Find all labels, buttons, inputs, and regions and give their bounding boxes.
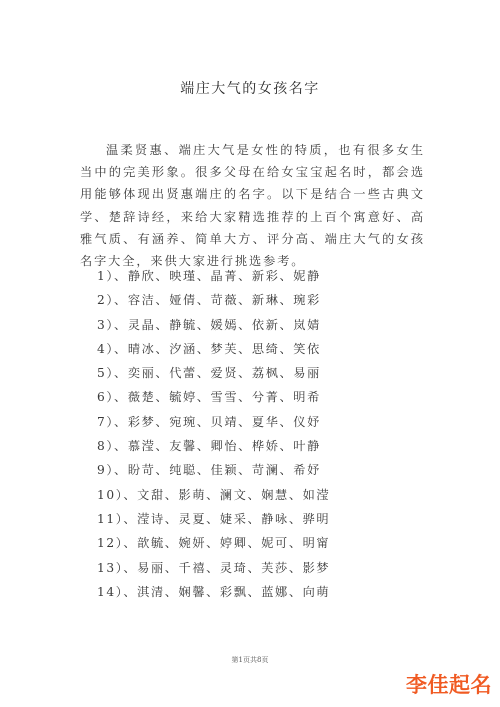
list-item: 3）、灵晶、静毓、媛嫣、依新、岚婧 xyxy=(97,313,330,337)
list-item: 14）、淇清、娴馨、彩飘、蓝娜、向萌 xyxy=(97,580,330,604)
list-item: 11）、滢诗、灵夏、婕采、静咏、骅明 xyxy=(97,507,330,531)
list-item: 1）、静欣、映瑾、晶菁、新彩、妮静 xyxy=(97,264,330,288)
list-item: 10）、文甜、影萌、澜文、娴慧、如滢 xyxy=(97,483,330,507)
page-footer: 第1页共8页 xyxy=(0,655,500,665)
list-item: 6）、薇楚、毓婷、雪雪、兮菁、明希 xyxy=(97,385,330,409)
document-page: 端庄大气的女孩名字 温柔贤惠、端庄大气是女性的特质，也有很多女生当中的完美形象。… xyxy=(0,0,500,707)
name-list: 1）、静欣、映瑾、晶菁、新彩、妮静 2）、容洁、娅倩、苛薇、新琳、琬彩 3）、灵… xyxy=(97,264,330,604)
list-item: 5）、奕丽、代蕾、爱贤、荔枫、易丽 xyxy=(97,361,330,385)
list-item: 13）、易丽、千禧、灵琦、芙莎、影梦 xyxy=(97,556,330,580)
list-item: 2）、容洁、娅倩、苛薇、新琳、琬彩 xyxy=(97,288,330,312)
list-item: 9）、盼苛、纯聪、佳颖、苛澜、希妤 xyxy=(97,458,330,482)
document-title: 端庄大气的女孩名字 xyxy=(0,78,500,98)
list-item: 12）、歆毓、婉妍、婷卿、妮可、明甯 xyxy=(97,531,330,555)
intro-paragraph: 温柔贤惠、端庄大气是女性的特质，也有很多女生当中的完美形象。很多父母在给女宝宝起… xyxy=(80,139,425,272)
watermark-logo: 李佳起名 xyxy=(406,669,492,699)
list-item: 8）、慕滢、友馨、卿怡、桦娇、叶静 xyxy=(97,434,330,458)
list-item: 4）、晴冰、汐涵、梦芙、思绮、笑依 xyxy=(97,337,330,361)
list-item: 7）、彩梦、宛琬、贝靖、夏华、仪妤 xyxy=(97,410,330,434)
